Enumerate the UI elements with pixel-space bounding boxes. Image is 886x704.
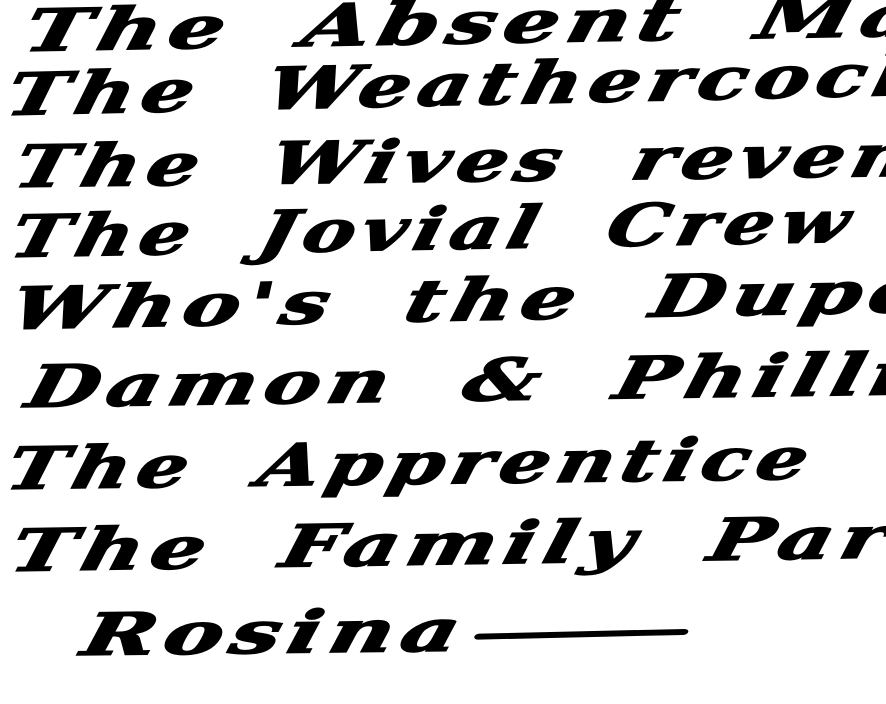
manuscript-line-rosina: Rosina [77, 599, 697, 664]
line-text: The Jovial Crew [4, 188, 864, 271]
manuscript-line-wives-revenge: The Wives revenge [9, 125, 886, 196]
line-text: The Family Party [4, 502, 886, 585]
manuscript-line-jovial-crew: The Jovial Crew [5, 193, 862, 266]
manuscript-page: The Absent Man The Weathercock The Wives… [0, 0, 886, 704]
line-text: Damon & Phillida [20, 338, 886, 421]
line-text: Who's the Dupe? [4, 256, 886, 343]
line-text: The Apprentice [0, 425, 823, 503]
line-text: Rosina [76, 597, 476, 669]
pen-flourish-stroke [474, 629, 689, 640]
manuscript-line-family-party: The Family Party [5, 507, 886, 580]
manuscript-line-whos-the-dupe: Who's the Dupe? [5, 261, 886, 338]
manuscript-line-damon-phillida: Damon & Phillida [21, 343, 886, 416]
manuscript-line-apprentice: The Apprentice [1, 430, 822, 498]
